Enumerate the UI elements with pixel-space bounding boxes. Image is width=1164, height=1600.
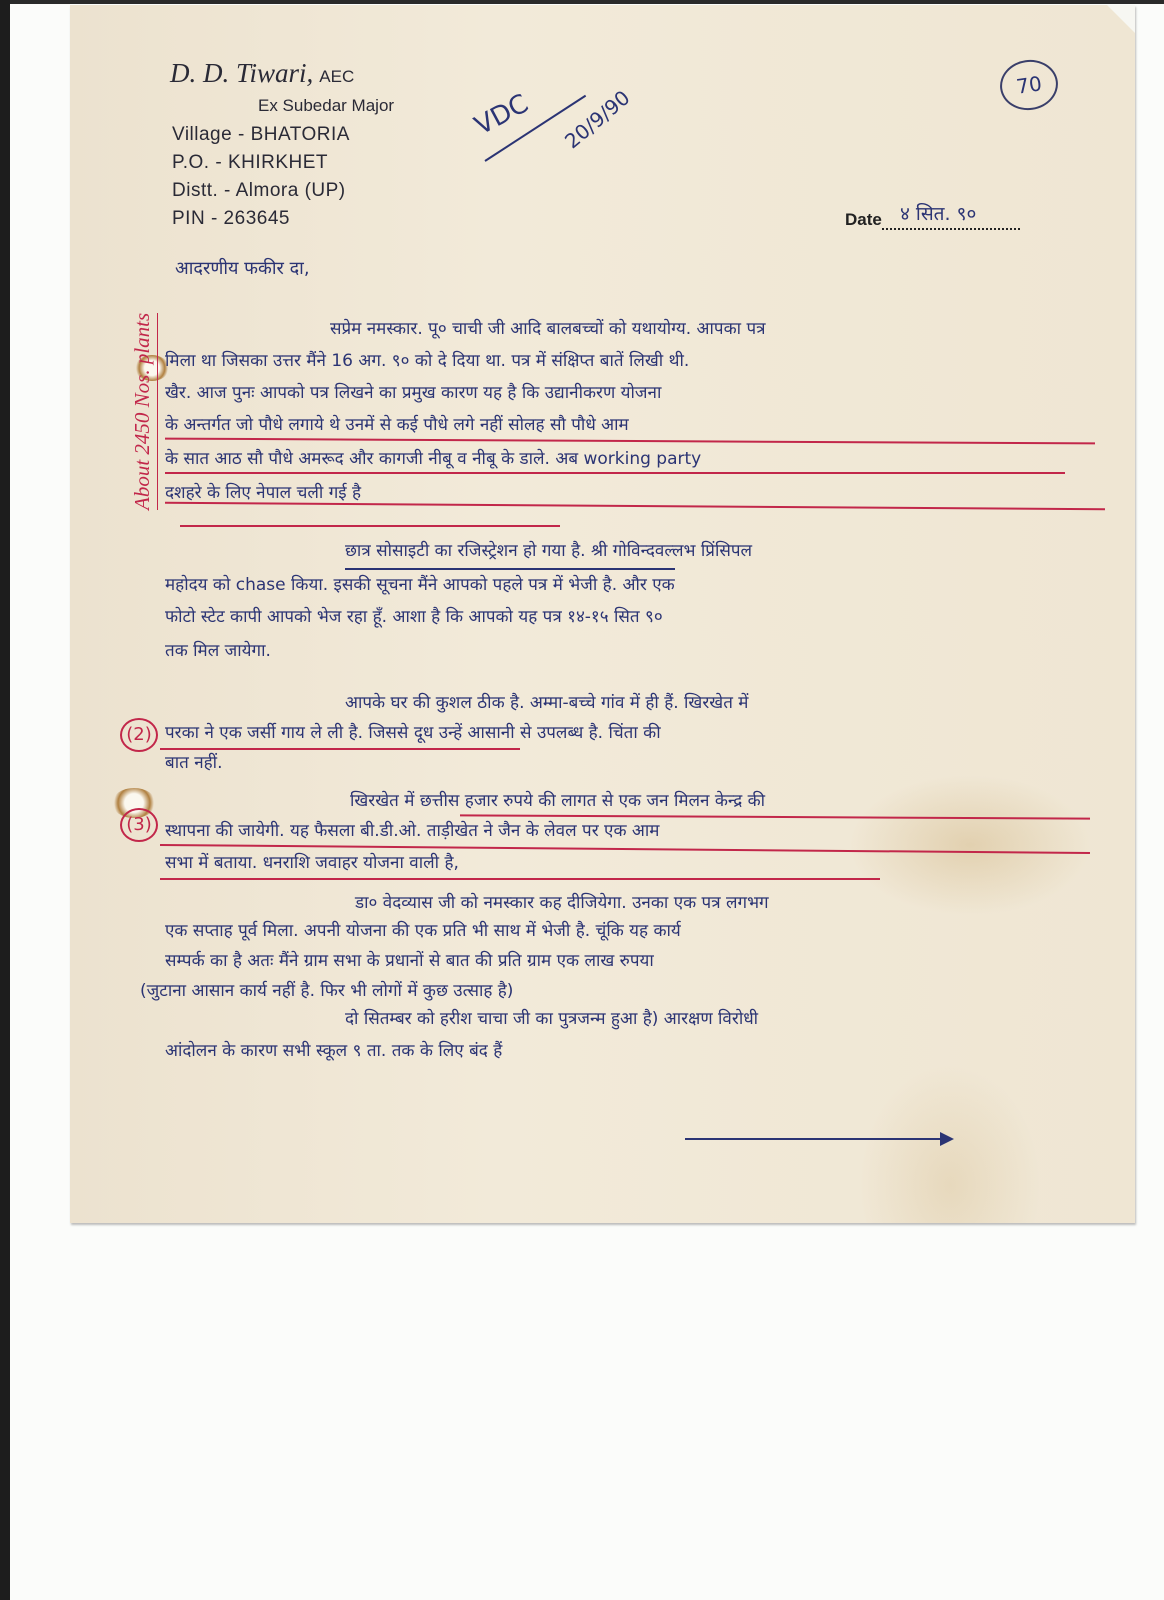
body-line: महोदय को chase किया. इसकी सूचना मैंने आप… [165, 574, 675, 596]
letterhead-pin: PIN - 263645 [172, 208, 290, 230]
sender-name: D. D. Tiwari, [170, 58, 313, 88]
body-line: बात नहीं. [165, 752, 222, 774]
red-underline [180, 525, 560, 527]
date-value: ४ सित. ९० [900, 200, 976, 226]
body-line: दशहरे के लिए नेपाल चली गई है [165, 482, 361, 504]
body-line: मिला था जिसका उत्तर मैंने 16 अग. ९० को द… [165, 350, 689, 372]
body-line: स्थापना की जायेगी. यह फैसला बी.डी.ओ. ताड… [165, 820, 659, 842]
date-label: Date [845, 210, 882, 229]
body-line: खैर. आज पुनः आपको पत्र लिखने का प्रमुख क… [165, 382, 661, 404]
body-line: सम्पर्क का है अतः मैंने ग्राम सभा के प्र… [165, 950, 654, 972]
body-line: के सात आठ सौ पौधे अमरूद और कागजी नीबू व … [165, 448, 701, 470]
body-line: एक सप्ताह पूर्व मिला. अपनी योजना की एक प… [165, 920, 681, 942]
sender-suffix: AEC [319, 67, 354, 86]
continuation-arrow-icon [940, 1132, 954, 1146]
body-line: डा० वेदव्यास जी को नमस्कार कह दीजियेगा. … [355, 892, 769, 914]
body-line: परका ने एक जर्सी गाय ले ली है. जिससे दूध… [165, 722, 661, 744]
body-line: आपके घर की कुशल ठीक है. अम्मा-बच्चे गांव… [345, 692, 748, 714]
scan-edge-top [0, 0, 1164, 4]
folded-corner [1107, 5, 1135, 33]
letterhead-name: D. D. Tiwari,AEC [170, 58, 354, 89]
body-line: खिरखेत में छत्तीस हजार रुपये की लागत से … [350, 790, 765, 812]
red-underline [160, 748, 520, 750]
body-line: फोटो स्टेट कापी आपको भेज रहा हूँ. आशा है… [165, 606, 663, 628]
letterhead-village: Village - BHATORIA [172, 124, 350, 146]
letterhead-district: Distt. - Almora (UP) [172, 180, 346, 202]
item-marker-3: (3) [120, 808, 158, 842]
red-underline [160, 878, 880, 880]
blue-underline [345, 568, 675, 570]
body-line: दो सितम्बर को हरीश चाचा जी का पुत्रजन्म … [345, 1008, 758, 1030]
body-line: के अन्तर्गत जो पौधे लगाये थे उनमें से कई… [165, 414, 629, 436]
body-line: (जुटाना आसान कार्य नहीं है. फिर भी लोगों… [140, 980, 513, 1002]
item-marker-2: (2) [120, 718, 158, 752]
body-line: छात्र सोसाइटी का रजिस्ट्रेशन हो गया है. … [345, 540, 752, 562]
red-underline [165, 472, 1065, 474]
salutation: आदरणीय फकीर दा, [175, 258, 310, 280]
margin-note: About 2450 Nos. plants [130, 313, 158, 510]
body-line: आंदोलन के कारण सभी स्कूल ९ ता. तक के लिए… [165, 1040, 502, 1062]
body-line: तक मिल जायेगा. [165, 640, 271, 662]
letterhead-post-office: P.O. - KHIRKHET [172, 152, 328, 174]
body-line: सप्रेम नमस्कार. पू० चाची जी आदि बालबच्चो… [330, 318, 765, 340]
letterhead-rank: Ex Subedar Major [258, 96, 394, 116]
body-line: सभा में बताया. धनराशि जवाहर योजना वाली ह… [165, 852, 459, 874]
scan-edge-left [0, 0, 10, 1600]
continuation-arrow-line [685, 1138, 950, 1140]
